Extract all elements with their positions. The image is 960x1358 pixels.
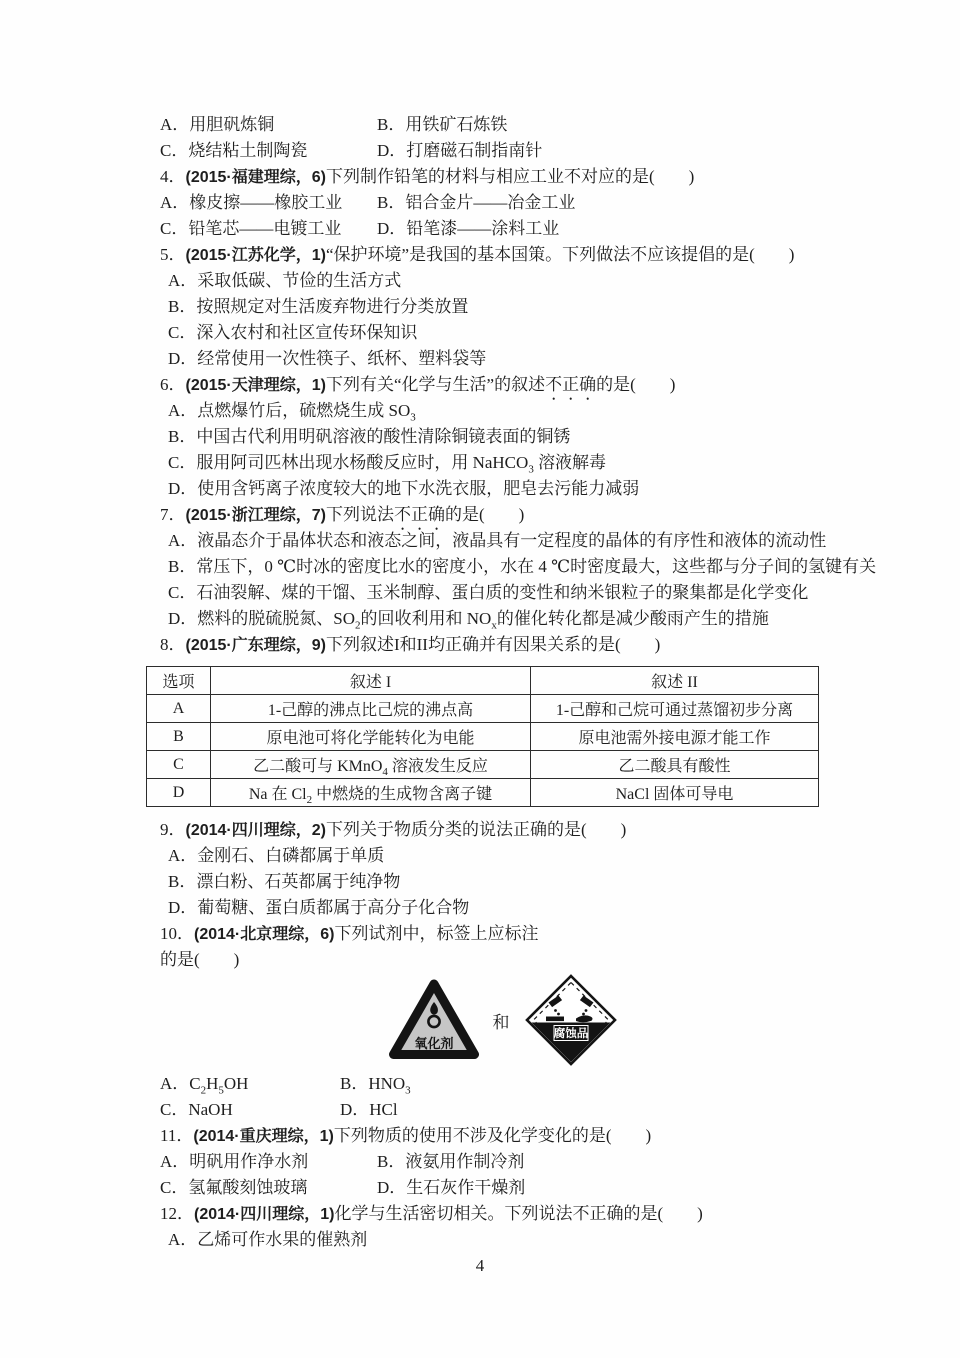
question-line: 7．(2015·浙江理综，7)下列说法不正确的是( ) [160,502,872,528]
option-line: D．使用含钙离子浓度较大的地下水洗衣服，肥皂去污能力减弱 [160,476,872,502]
and-text: 和 [493,1008,510,1033]
table-header-cell: 叙述 I [211,667,531,695]
option-cell: D．生石灰作干燥剂 [377,1178,525,1197]
text-segment: H [206,1074,218,1093]
exam-content: A．用胆矾炼铜B．用铁矿石炼铁C．烧结粘土制陶瓷D．打磨磁石制指南针4．(201… [160,112,872,1253]
table-body: A1-己醇的沸点比己烷的沸点高1-己醇和己烷可通过蒸馏初步分离B原电池可将化学能… [147,695,819,807]
table-header-cell: 叙述 II [531,667,819,695]
text-segment: B．中国古代利用明矾溶液的酸性清除铜镜表面的铜锈 [168,427,570,446]
text-segment: 下列说法 [326,505,394,524]
option-line: A．采取低碳、节俭的生活方式 [160,268,872,294]
text-segment: C．NaOH [160,1100,233,1119]
text-segment: D．使用含钙离子浓度较大的地下水洗衣服，肥皂去污能力减弱 [168,479,639,498]
option-line: A．乙烯可作水果的催熟剂 [160,1227,872,1253]
table-cell: 原电池可将化学能转化为电能 [211,723,531,751]
question-line: 11．(2014·重庆理综，1)下列物质的使用不涉及化学变化的是( ) [160,1123,872,1149]
text-segment: 的催化转化都是减少酸雨产生的措施 [497,609,769,628]
text-segment: D．铅笔漆——涂料工业 [377,219,559,238]
option-line: C．服用阿司匹林出现水杨酸反应时，用 NaHCO3 溶液解毒 [160,450,872,476]
text-segment: 叙述 II [651,674,698,691]
question-line: 的是( ) [160,947,872,973]
table-cell: 1-己醇和己烷可通过蒸馏初步分离 [531,695,819,723]
text-segment: D [173,784,185,801]
source-ref: (2014·四川理综，1) [194,1206,334,1223]
question-line: 10．(2014·北京理综，6)下列试剂中，标签上应标注 [160,921,872,947]
text-segment: 7． [160,505,186,524]
text-segment: A．液晶态介于晶体状态和液态之间，液晶具有一定程度的晶体的有序性和液体的流动性 [168,531,826,550]
text-segment: 的是( ) [160,950,239,969]
chem-subscript: 3 [405,1084,411,1096]
text-segment: D．经常使用一次性筷子、纸杯、塑料袋等 [168,349,486,368]
question-line: 5．(2015·江苏化学，1)“保护环境”是我国的基本国策。下列做法不应该提倡的… [160,242,872,268]
option-line: B．漂白粉、石英都属于纯净物 [160,869,872,895]
option-line: C．氢氟酸刻蚀玻璃D．生石灰作干燥剂 [160,1175,872,1201]
table-cell: NaCl 固体可导电 [531,779,819,807]
drop-icon [557,1013,560,1016]
text-segment: 不正确 [545,375,596,394]
text-segment: D．生石灰作干燥剂 [377,1178,525,1197]
option-cell: A．用胆矾炼铜 [160,112,377,138]
table-cell: A [147,695,211,723]
text-segment: Na 在 Cl [249,786,307,803]
drop-icon [582,1013,585,1016]
option-line: C．石油裂解、煤的干馏、玉米制醇、蛋白质的变性和纳米银粒子的聚集都是化学变化 [160,580,872,606]
text-segment: 下列试剂中，标签上应标注 [334,924,538,943]
text-segment: A．橡皮擦——橡胶工业 [160,193,342,212]
option-cell: B．用铁矿石炼铁 [377,115,507,134]
option-line: A．C2H5OHB．HNO3 [160,1071,872,1097]
option-cell: B．HNO3 [340,1074,411,1093]
text-segment: NaCl 固体可导电 [616,786,734,803]
source-ref: (2015·天津理综，1) [186,377,326,394]
text-segment: C．石油裂解、煤的干馏、玉米制醇、蛋白质的变性和纳米银粒子的聚集都是化学变化 [168,583,808,602]
text-segment: 下列物质的使用不涉及化学变化的是( ) [334,1126,651,1145]
corrosive-hazard-symbol: 腐蚀品 [524,973,618,1067]
text-segment: 叙述 I [350,674,391,691]
text-segment: C．深入农村和社区宣传环保知识 [168,323,417,342]
option-line: B．中国古代利用明矾溶液的酸性清除铜镜表面的铜锈 [160,424,872,450]
option-line: A．用胆矾炼铜B．用铁矿石炼铁 [160,112,872,138]
option-line: D．经常使用一次性筷子、纸杯、塑料袋等 [160,346,872,372]
option-cell: B．液氨用作制冷剂 [377,1152,524,1171]
text-segment: 5． [160,245,186,264]
option-line: A．金刚石、白磷都属于单质 [160,843,872,869]
table-cell: 乙二酸具有酸性 [531,751,819,779]
source-ref: (2015·广东理综，9) [186,637,326,654]
corroded-bar-icon [546,1017,564,1022]
text-segment: C．服用阿司匹林出现水杨酸反应时，用 NaHCO [168,453,528,472]
text-segment: OH [224,1074,249,1093]
option-cell: D．打磨磁石制指南针 [377,141,542,160]
table-cell: 原电池需外接电源才能工作 [531,723,819,751]
table-row: C乙二酸可与 KMnO4 溶液发生反应乙二酸具有酸性 [147,751,819,779]
option-line: C．NaOHD．HCl [160,1097,872,1123]
option-cell: C．烧结粘土制陶瓷 [160,138,377,164]
source-ref: (2015·福建理综，6) [186,169,326,186]
table-row: B原电池可将化学能转化为电能原电池需外接电源才能工作 [147,723,819,751]
text-segment: A．乙烯可作水果的催熟剂 [168,1230,367,1249]
drop-icon [554,1009,557,1012]
text-segment: 1-己醇的沸点比己烷的沸点高 [268,702,473,719]
text-segment: A [173,700,185,717]
option-cell: D．铅笔漆——涂料工业 [377,219,559,238]
text-segment: C．烧结粘土制陶瓷 [160,141,307,160]
text-segment: 中燃烧的生成物含离子键 [312,786,492,803]
text-segment: 下列有关“化学与生活”的叙述 [326,375,545,394]
text-segment: 溶液发生反应 [388,758,488,775]
corrosive-label: 腐蚀品 [553,1026,588,1040]
text-segment: B．漂白粉、石英都属于纯净物 [168,872,400,891]
chem-subscript: 3 [410,411,416,423]
table-row: DNa 在 Cl2 中燃烧的生成物含离子键NaCl 固体可导电 [147,779,819,807]
table-cell: D [147,779,211,807]
text-segment: C．铅笔芯——电镀工业 [160,219,341,238]
option-cell: A．橡皮擦——橡胶工业 [160,190,377,216]
text-segment: 的回收利用和 NO [361,609,492,628]
text-segment: 4． [160,167,186,186]
text-segment: A．金刚石、白磷都属于单质 [168,846,384,865]
text-segment: D．HCl [340,1100,398,1119]
text-segment: 10． [160,924,194,943]
text-segment: D．葡萄糖、蛋白质都属于高分子化合物 [168,898,469,917]
option-line: B．常压下，0 ℃时冰的密度比水的密度小，水在 4 ℃时密度最大，这些都与分子间… [160,554,872,580]
table-cell: C [147,751,211,779]
text-segment: B．用铁矿石炼铁 [377,115,507,134]
text-segment: 不正确 [394,505,445,524]
option-line: C．铅笔芯——电镀工业D．铅笔漆——涂料工业 [160,216,872,242]
text-segment: 原电池可将化学能转化为电能 [266,730,474,747]
text-segment: B．铝合金片——冶金工业 [377,193,575,212]
page-number: 4 [0,1256,960,1276]
text-segment: 下列叙述I和II均正确并有因果关系的是( ) [326,635,660,654]
question-section-middle: 9．(2014·四川理综，2)下列关于物质分类的说法正确的是( )A．金刚石、白… [160,817,872,973]
drop-icon [584,1009,587,1012]
question-line: 4．(2015·福建理综，6)下列制作铅笔的材料与相应工业不对应的是( ) [160,164,872,190]
text-segment: 1-己醇和己烷可通过蒸馏初步分离 [556,702,793,719]
text-segment: 的是( ) [445,505,524,524]
question-line: 8．(2015·广东理综，9)下列叙述I和II均正确并有因果关系的是( ) [160,632,872,658]
text-segment: 选项 [162,674,194,691]
text-segment: 溶液解毒 [534,453,606,472]
text-segment: B [173,728,184,745]
text-segment: A．点燃爆竹后，硫燃烧生成 SO [168,401,410,420]
text-segment: 乙二酸可与 KMnO [253,758,382,775]
table-cell: 乙二酸可与 KMnO4 溶液发生反应 [211,751,531,779]
text-segment: 9． [160,820,186,839]
option-cell: A．明矾用作净水剂 [160,1149,377,1175]
option-cell: D．HCl [340,1100,398,1119]
text-segment: D．打磨磁石制指南针 [377,141,542,160]
source-ref: (2014·四川理综，2) [186,822,326,839]
oxidizer-label: 氧化剂 [414,1036,453,1051]
option-line: A．点燃爆竹后，硫燃烧生成 SO3 [160,398,872,424]
text-segment: 乙二酸具有酸性 [618,758,730,775]
option-cell: B．铝合金片——冶金工业 [377,193,575,212]
hazard-symbols-row: 氧化剂 和 腐蚀品 [134,973,872,1067]
question-section-top: A．用胆矾炼铜B．用铁矿石炼铁C．烧结粘土制陶瓷D．打磨磁石制指南针4．(201… [160,112,872,658]
table-cell: Na 在 Cl2 中燃烧的生成物含离子键 [211,779,531,807]
text-segment: B．液氨用作制冷剂 [377,1152,524,1171]
text-segment: B．HNO [340,1074,405,1093]
question-line: 6．(2015·天津理综，1)下列有关“化学与生活”的叙述不正确的是( ) [160,372,872,398]
document-page: A．用胆矾炼铜B．用铁矿石炼铁C．烧结粘土制陶瓷D．打磨磁石制指南针4．(201… [0,0,960,1358]
text-segment: B．常压下，0 ℃时冰的密度比水的密度小，水在 4 ℃时密度最大，这些都与分子间… [168,557,876,576]
table-row: 选项叙述 I叙述 II [147,667,819,695]
text-segment: “保护环境”是我国的基本国策。下列做法不应该提倡的是( ) [326,245,794,264]
text-segment: 8． [160,635,186,654]
source-ref: (2014·北京理综，6) [194,926,334,943]
text-segment: 6． [160,375,186,394]
source-ref: (2015·江苏化学，1) [186,247,326,264]
text-segment: 11． [160,1126,193,1145]
table-cell: 1-己醇的沸点比己烷的沸点高 [211,695,531,723]
text-segment: A．用胆矾炼铜 [160,115,274,134]
question-line: 12．(2014·四川理综，1)化学与生活密切相关。下列说法不正确的是( ) [160,1201,872,1227]
option-line: C．深入农村和社区宣传环保知识 [160,320,872,346]
option-line: A．橡皮擦——橡胶工业B．铝合金片——冶金工业 [160,190,872,216]
question-line: 9．(2014·四川理综，2)下列关于物质分类的说法正确的是( ) [160,817,872,843]
table-row: A1-己醇的沸点比己烷的沸点高1-己醇和己烷可通过蒸馏初步分离 [147,695,819,723]
option-cell: C．氢氟酸刻蚀玻璃 [160,1175,377,1201]
text-segment: 的是( ) [596,375,675,394]
text-segment: A．采取低碳、节俭的生活方式 [168,271,401,290]
option-cell: C．NaOH [160,1097,340,1123]
text-segment: A．明矾用作净水剂 [160,1152,308,1171]
oxidizer-hazard-symbol: 氧化剂 [389,979,479,1061]
text-segment: C [173,756,184,773]
table-header-cell: 选项 [147,667,211,695]
question-section-bottom: A．C2H5OHB．HNO3C．NaOHD．HCl11．(2014·重庆理综，1… [160,1071,872,1253]
table-header-row: 选项叙述 I叙述 II [147,667,819,695]
text-segment: 化学与生活密切相关。下列说法不正确的是( ) [334,1204,702,1223]
text-segment: 下列关于物质分类的说法正确的是( ) [326,820,626,839]
text-segment: C．氢氟酸刻蚀玻璃 [160,1178,307,1197]
text-segment: D．燃料的脱硫脱氮、SO [168,609,355,628]
text-segment: 原电池需外接电源才能工作 [578,730,770,747]
option-cell: A．C2H5OH [160,1071,340,1097]
text-segment: B．按照规定对生活废弃物进行分类放置 [168,297,468,316]
option-line: C．烧结粘土制陶瓷D．打磨磁石制指南针 [160,138,872,164]
option-cell: C．铅笔芯——电镀工业 [160,216,377,242]
option-line: A．液晶态介于晶体状态和液态之间，液晶具有一定程度的晶体的有序性和液体的流动性 [160,528,872,554]
text-segment: 12． [160,1204,194,1223]
text-segment: 下列制作铅笔的材料与相应工业不对应的是( ) [326,167,694,186]
option-line: A．明矾用作净水剂B．液氨用作制冷剂 [160,1149,872,1175]
text-segment: A．C [160,1074,201,1093]
source-ref: (2014·重庆理综，1) [193,1128,333,1145]
statement-comparison-table: 选项叙述 I叙述 II A1-己醇的沸点比己烷的沸点高1-己醇和己烷可通过蒸馏初… [146,666,819,807]
option-line: B．按照规定对生活废弃物进行分类放置 [160,294,872,320]
source-ref: (2015·浙江理综，7) [186,507,326,524]
option-line: D．葡萄糖、蛋白质都属于高分子化合物 [160,895,872,921]
table-cell: B [147,723,211,751]
option-line: D．燃料的脱硫脱氮、SO2的回收利用和 NOx的催化转化都是减少酸雨产生的措施 [160,606,872,632]
